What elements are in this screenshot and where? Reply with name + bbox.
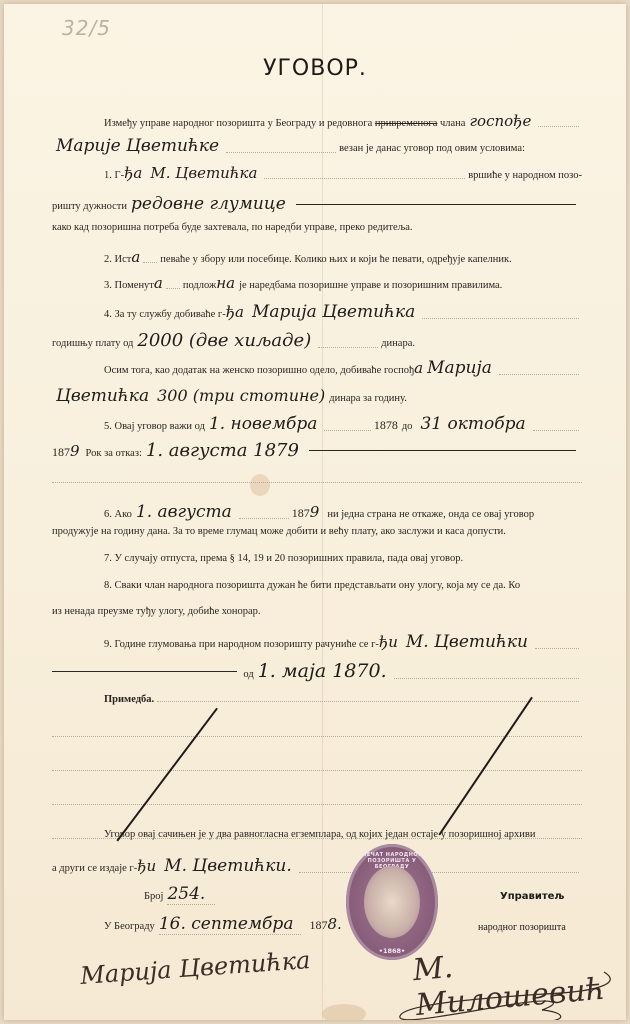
place-date-line: У Београду 16. септембра 1878. <box>104 914 342 935</box>
handwritten-amount: 300 (три стотине) <box>157 386 325 405</box>
clause-8-line-2: из ненада преузме туђу улогу, добиће хон… <box>52 606 582 617</box>
clause-2: 2. Иста певаће у збору или посебице. Кол… <box>52 248 582 266</box>
handwritten-name: М. Цветићки. <box>164 856 292 876</box>
page-title: УГОВОР. <box>4 56 626 81</box>
handwritten-name: М. Цветићки <box>406 632 528 652</box>
clause-6-line-1: 6. Ако 1. августа 1879 ни једна страна н… <box>52 502 582 522</box>
manager-subtitle: народног позоришта <box>478 922 566 933</box>
handwritten-name: Марије Цветићке <box>56 136 219 156</box>
remark-label: Примедба. <box>104 694 154 705</box>
clause-8-line-1: 8. Сваки члан народнога позоришта дужан … <box>52 580 582 591</box>
clause-5-line-2: 1879 Рок за отказ: 1. августа 1879 <box>52 440 582 461</box>
clause-3: 3. Поменута подложна је наредбама позори… <box>52 274 582 292</box>
struck-word: привременога <box>375 118 438 129</box>
clause-1-line-1: 1. Г-ђа М. Цветићка вршиће у народном по… <box>52 164 582 182</box>
remark-line: Примедба. <box>52 694 582 705</box>
clause-9-line-1: 9. Године глумовања при народном позориш… <box>52 632 582 652</box>
intro-line-1: Између управе народног позоришта у Беогр… <box>52 112 582 130</box>
paper-stain <box>322 1004 366 1020</box>
handwritten-name: М. Цветићка <box>150 164 257 182</box>
clause-4-line-2: годишњу плату од 2000 (две хиљаде) динар… <box>52 330 582 351</box>
extra-line-2: Цветићка 300 (три стотине) динара за год… <box>52 386 582 406</box>
remark-blank-line <box>52 804 582 805</box>
strike-slash <box>116 708 217 841</box>
clause-1-line-2: ришту дужности редовне глумице <box>52 194 582 214</box>
handwritten-duty: редовне глумице <box>131 194 286 214</box>
manager-title: Управитељ <box>500 891 564 902</box>
handwritten-title: госпође <box>469 112 531 130</box>
clause-5-line-1: 5. Овај уговор важи од 1. новембра 1878 … <box>52 414 582 434</box>
intro-line-2: Марије Цветићке везан је данас уговор по… <box>52 136 582 156</box>
extra-line-1: Осим тога, као додатак на женско позориш… <box>52 358 582 378</box>
number-line: Број 254. <box>144 884 219 905</box>
handwritten-date: 1. маја 1870. <box>258 660 387 682</box>
clause-6-line-2: продужује на годину дана. За то време гл… <box>52 526 582 537</box>
strike-slash <box>438 697 532 835</box>
paper-stain <box>250 474 270 496</box>
handwritten-salary: 2000 (две хиљаде) <box>137 330 311 351</box>
clause-7: 7. У случају отпуста, према § 14, 19 и 2… <box>52 553 582 564</box>
archive-mark: 32/5 <box>62 16 111 40</box>
handwritten-notice-date: 1. августа 1879 <box>146 440 299 461</box>
clause-1-line-3: како кад позоришна потреба буде захтевал… <box>52 222 582 233</box>
handwritten-number: 254. <box>167 884 215 905</box>
handwritten-date: 1. новембра <box>209 414 318 434</box>
clause-9-line-2: од 1. маја 1870. <box>52 660 582 682</box>
seal-figure <box>364 866 420 938</box>
closing-line-1: Уговор овај сачињен је у два равногласна… <box>52 829 582 840</box>
remark-blank-line <box>52 770 582 771</box>
theatre-seal-stamp: ПЕЧАТ НАРОДНОГ ПОЗОРИШТА У БЕОГРАДУ •186… <box>346 844 438 960</box>
contract-page: 32/5 УГОВОР. Између управе народног позо… <box>4 4 626 1020</box>
blank-line <box>52 482 582 483</box>
signature-flourish <box>394 964 624 1020</box>
handwritten-date: 31 октобра <box>420 414 525 434</box>
closing-line-2: а други се издаје г-ђи М. Цветићки. <box>52 856 582 876</box>
handwritten-date: 16. септембра <box>159 914 302 935</box>
handwritten-name: Марија Цветићка <box>252 302 415 322</box>
clause-4-line-1: 4. За ту службу добиваће г-ђа Марија Цве… <box>52 302 582 322</box>
actress-signature: Марија Цветићка <box>79 946 311 990</box>
handwritten-date: 1. августа <box>136 502 232 522</box>
